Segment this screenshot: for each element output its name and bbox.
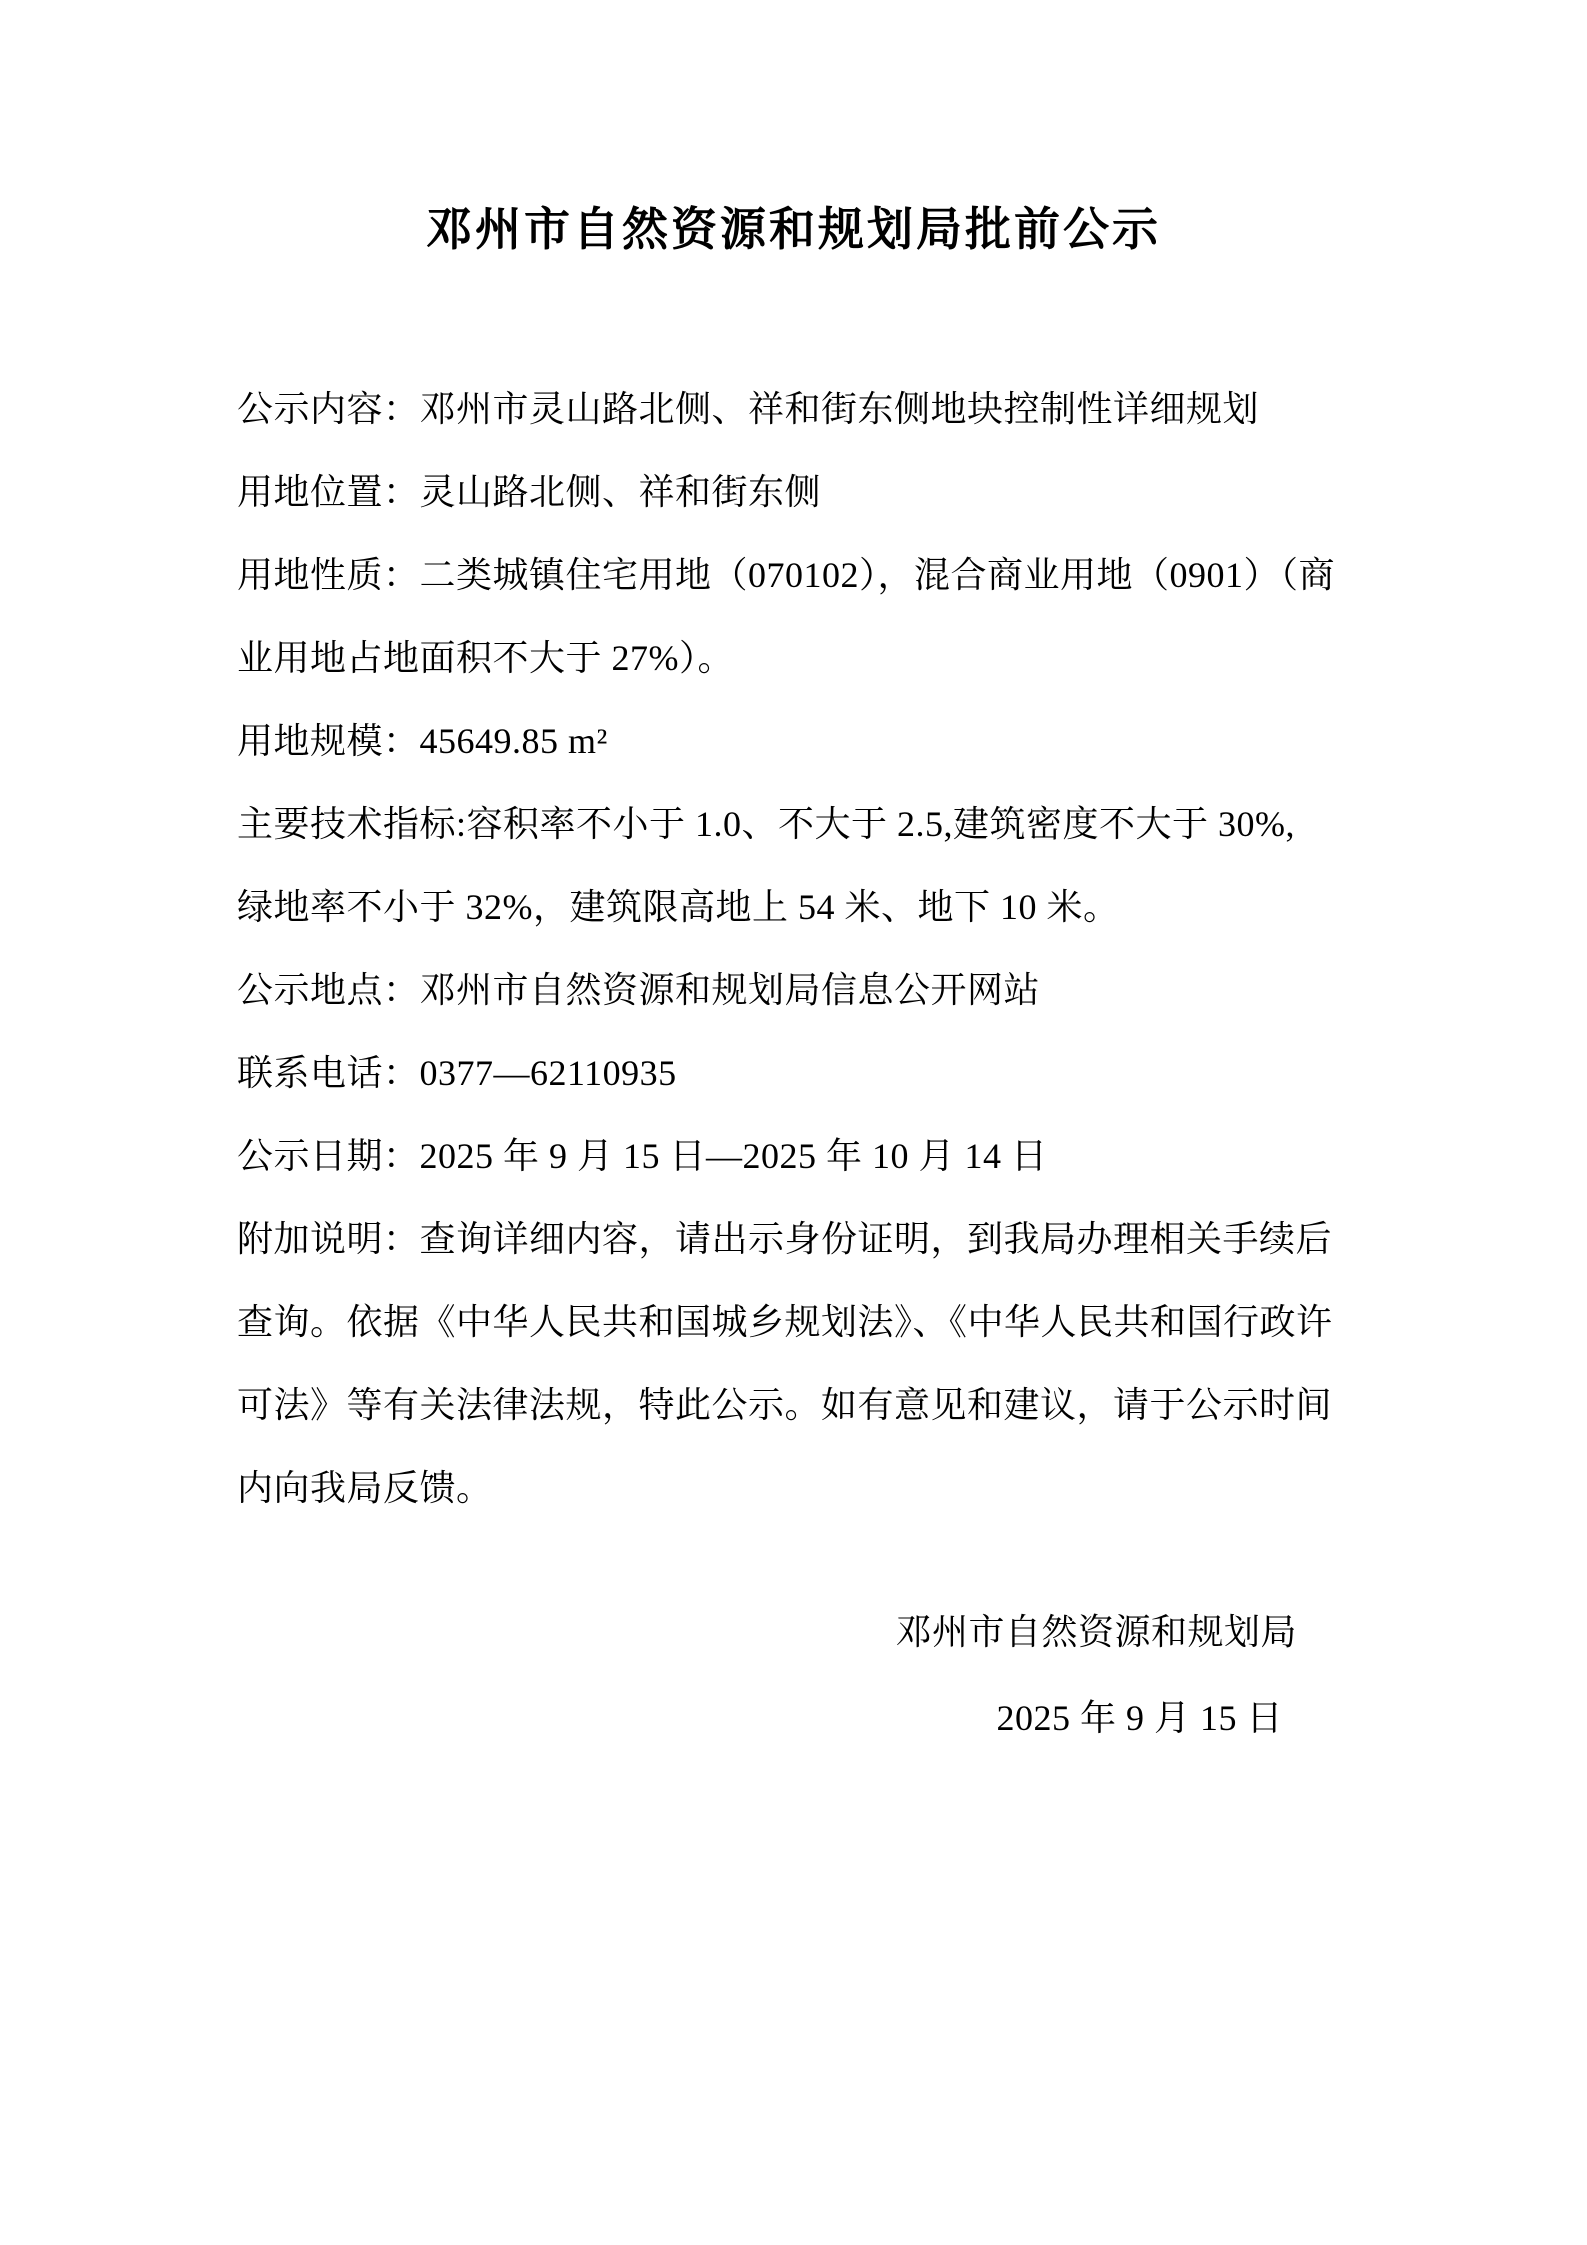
body-line-land-area: 用地规模：45649.85 m²	[237, 700, 1587, 783]
body-line-tech-indicators-2: 绿地率不小于 32%，建筑限高地上 54 米、地下 10 米。	[237, 866, 1587, 949]
page-title: 邓州市自然资源和规划局批前公示	[0, 0, 1587, 262]
body-line-additional-note-2: 查询。依据《中华人民共和国城乡规划法》、《中华人民共和国行政许	[237, 1281, 1587, 1364]
signature-block: 邓州市自然资源和规划局 2025 年 9 月 15 日	[0, 1608, 1587, 1742]
body-line-additional-note-1: 附加说明：查询详细内容，请出示身份证明，到我局办理相关手续后	[237, 1198, 1587, 1281]
body-line-notice-content: 公示内容：邓州市灵山路北侧、祥和街东侧地块控制性详细规划	[237, 368, 1587, 451]
body-line-land-location: 用地位置：灵山路北侧、祥和街东侧	[237, 451, 1587, 534]
signature-date: 2025 年 9 月 15 日	[0, 1694, 1283, 1742]
document-page: 邓州市自然资源和规划局批前公示 公示内容：邓州市灵山路北侧、祥和街东侧地块控制性…	[0, 0, 1587, 2245]
body-line-notice-place: 公示地点：邓州市自然资源和规划局信息公开网站	[237, 949, 1587, 1032]
body-line-tech-indicators-1: 主要技术指标:容积率不小于 1.0、不大于 2.5,建筑密度不大于 30%,	[237, 783, 1587, 866]
body-line-land-use-1: 用地性质：二类城镇住宅用地（070102），混合商业用地（0901）（商	[237, 534, 1587, 617]
body-line-additional-note-4: 内向我局反馈。	[237, 1447, 1587, 1530]
body-line-notice-dates: 公示日期：2025 年 9 月 15 日—2025 年 10 月 14 日	[237, 1115, 1587, 1198]
body-line-contact-phone: 联系电话：0377—62110935	[237, 1032, 1587, 1115]
body-line-land-use-2: 业用地占地面积不大于 27%）。	[237, 617, 1587, 700]
body-line-additional-note-3: 可法》等有关法律法规，特此公示。如有意见和建议，请于公示时间	[237, 1364, 1587, 1447]
document-body: 公示内容：邓州市灵山路北侧、祥和街东侧地块控制性详细规划 用地位置：灵山路北侧、…	[237, 368, 1587, 1530]
signature-organization: 邓州市自然资源和规划局	[0, 1608, 1297, 1656]
